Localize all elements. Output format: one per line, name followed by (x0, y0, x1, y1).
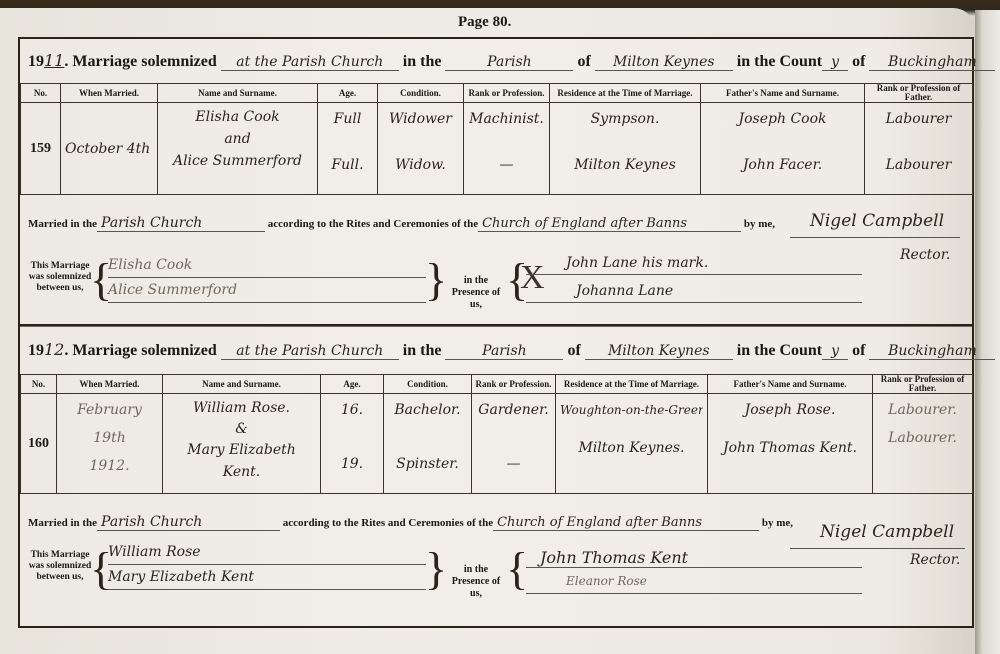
by-me-label: by me, (762, 517, 793, 529)
col-residence: Residence at the Time of Marriage. (550, 84, 701, 103)
next-page-edge (975, 10, 1000, 654)
officiant-signature: Nigel Campbell (810, 211, 944, 231)
rites: Church of England after Banns (493, 515, 759, 531)
ages-cell: Full Full. (318, 103, 378, 195)
brace-right: } (425, 257, 447, 303)
col-no: No. (21, 375, 57, 394)
in-the-label: in the (403, 342, 442, 359)
bride-condition: Widow. (382, 151, 459, 179)
col-condition: Condition. (378, 84, 464, 103)
groom-signature: William Rose (108, 544, 201, 560)
officiant-line (790, 237, 960, 238)
register-table: No. When Married. Name and Surname. Age.… (20, 83, 973, 195)
married-in-label: Married in the (28, 517, 97, 529)
table-row: 160 February 19th 1912. William Rose. & … (21, 394, 973, 494)
col-father-name: Father's Name and Surname. (701, 84, 865, 103)
bride-residence: Milton Keynes. (560, 434, 703, 462)
witness-2: Johanna Lane (576, 283, 673, 299)
col-father-name: Father's Name and Surname. (708, 375, 873, 394)
col-profession: Rank or Profession. (464, 84, 550, 103)
groom-residence: Woughton-on-the-Green (560, 396, 703, 424)
professions-cell: Gardener. — (472, 394, 556, 494)
of-label: of (852, 53, 865, 70)
bride-name: Mary Elizabeth (167, 438, 316, 462)
witness-1: John Thomas Kent (540, 548, 688, 567)
col-when-married: When Married. (61, 84, 158, 103)
solemnized-at: at the Parish Church (221, 343, 399, 360)
col-no: No. (21, 84, 61, 103)
date-line: October 4th (65, 141, 150, 157)
and-text: and (162, 129, 313, 149)
witness-2: Eleanor Rose (566, 574, 647, 588)
witness-line: Eleanor Rose (526, 574, 862, 594)
col-name: Name and Surname. (158, 84, 318, 103)
col-profession: Rank or Profession. (472, 375, 556, 394)
entry-number: 159 (21, 103, 61, 195)
bride-profession: — (468, 151, 545, 179)
and-text: & (167, 420, 316, 438)
bride-father: John Facer. (705, 151, 860, 179)
brace-witness: { (506, 546, 528, 592)
bride-father-profession: Labourer (869, 151, 968, 179)
by-me-label: by me, (744, 218, 775, 230)
year-prefix: 19 (28, 53, 44, 70)
groom-father-profession: Labourer. (877, 396, 968, 424)
table-header: No. When Married. Name and Surname. Age.… (21, 375, 973, 394)
groom-name: William Rose. (167, 396, 316, 420)
according-label: according to the Rites and Ceremonies of… (268, 218, 478, 230)
officiant-title: Rector. (910, 552, 960, 568)
witness-line: John Thomas Kent (526, 548, 862, 568)
solemnized-between-label: This Marriage was solemnized between us, (28, 261, 92, 294)
bride-father: John Thomas Kent. (712, 434, 868, 462)
col-father-profession: Rank or Profession of Father. (865, 84, 973, 103)
solemnized-between-label: This Marriage was solemnized between us, (28, 550, 92, 583)
marriage-entry-159: 1911. Marriage solemnized at the Parish … (18, 37, 974, 327)
conditions-cell: Bachelor. Spinster. (384, 394, 472, 494)
signature-line: William Rose (108, 544, 426, 565)
county-label: in the Count (737, 342, 822, 359)
witness-line: John Lane his mark. (526, 255, 862, 275)
bride-signature: Mary Elizabeth Kent (108, 569, 254, 585)
county-suffix: y (822, 343, 848, 360)
entry-number: 160 (21, 394, 57, 494)
page-number: Page 80. (458, 14, 511, 31)
county-suffix: y (822, 54, 848, 71)
signature-line: Elisha Cook (108, 257, 426, 278)
father-professions-cell: Labourer Labourer (865, 103, 973, 195)
bride-name: Alice Summerford (162, 149, 313, 173)
married-in-place: Parish Church (97, 215, 265, 232)
signature-line: Alice Summerford (108, 282, 426, 303)
married-in-line: Married in theParish Church according to… (28, 215, 775, 232)
bride-surname: Kent. (167, 462, 316, 482)
names-cell: Elisha Cook and Alice Summerford (158, 103, 318, 195)
table-row: 159 October 4th Elisha Cook and Alice Su… (21, 103, 973, 195)
county: Buckingham (869, 54, 995, 71)
bride-condition: Spinster. (388, 450, 467, 478)
officiant-signature: Nigel Campbell (820, 522, 954, 542)
fathers-cell: Joseph Cook John Facer. (701, 103, 865, 195)
groom-father-profession: Labourer (869, 105, 968, 133)
county: Buckingham (869, 343, 995, 360)
district: Parish (445, 54, 573, 71)
presence-label: in the Presence of us, (446, 275, 506, 311)
year-prefix: 19 (28, 342, 44, 359)
date-month: February (61, 396, 158, 424)
witness-1: John Lane his mark. (566, 255, 708, 271)
register-table: No. When Married. Name and Surname. Age.… (20, 374, 973, 494)
groom-condition: Widower (382, 105, 459, 133)
groom-name: Elisha Cook (162, 105, 313, 129)
groom-profession: Gardener. (476, 396, 551, 424)
of-label: of (852, 342, 865, 359)
groom-age: 16. (325, 396, 379, 424)
col-father-profession: Rank or Profession of Father. (873, 375, 973, 394)
married-in-line: Married in theParish Church according to… (28, 514, 793, 531)
when-married: October 4th (61, 103, 158, 195)
rites: Church of England after Banns (478, 216, 741, 232)
according-label: according to the Rites and Ceremonies of… (283, 517, 493, 529)
col-name: Name and Surname. (163, 375, 321, 394)
groom-father: Joseph Cook (705, 105, 860, 133)
solemnized-at: at the Parish Church (221, 54, 399, 71)
date-year: 1912. (61, 452, 158, 480)
groom-condition: Bachelor. (388, 396, 467, 424)
bride-age: 19. (325, 450, 379, 478)
entry-title-line: 1912. Marriage solemnized at the Parish … (28, 340, 964, 360)
groom-age: Full (322, 105, 373, 133)
place: Milton Keynes (595, 54, 733, 71)
groom-profession: Machinist. (468, 105, 545, 133)
officiant-title: Rector. (900, 247, 950, 263)
ages-cell: 16. 19. (321, 394, 384, 494)
of-label: of (577, 53, 590, 70)
married-in-place: Parish Church (97, 514, 280, 531)
bride-age: Full. (322, 151, 373, 179)
bride-residence: Milton Keynes (554, 151, 696, 179)
marriage-entry-160: 1912. Marriage solemnized at the Parish … (18, 324, 974, 628)
entry-title-line: 1911. Marriage solemnized at the Parish … (28, 51, 964, 71)
father-professions-cell: Labourer. Labourer. (873, 394, 973, 494)
residences-cell: Woughton-on-the-Green Milton Keynes. (556, 394, 708, 494)
table-header: No. When Married. Name and Surname. Age.… (21, 84, 973, 103)
groom-residence: Sympson. (554, 105, 696, 133)
year-value: 11 (44, 51, 64, 70)
groom-signature: Elisha Cook (108, 257, 192, 273)
solemnized-label: . Marriage solemnized (64, 53, 216, 70)
col-residence: Residence at the Time of Marriage. (556, 375, 708, 394)
professions-cell: Machinist. — (464, 103, 550, 195)
bride-profession: — (476, 450, 551, 478)
fathers-cell: Joseph Rose. John Thomas Kent. (708, 394, 873, 494)
residences-cell: Sympson. Milton Keynes (550, 103, 701, 195)
col-age: Age. (321, 375, 384, 394)
district: Parish (445, 343, 563, 360)
when-married: February 19th 1912. (57, 394, 163, 494)
col-condition: Condition. (384, 375, 472, 394)
names-cell: William Rose. & Mary Elizabeth Kent. (163, 394, 321, 494)
brace-right: } (425, 546, 447, 592)
place: Milton Keynes (585, 343, 733, 360)
witness-line: Johanna Lane (526, 283, 862, 303)
col-when-married: When Married. (57, 375, 163, 394)
in-the-label: in the (403, 53, 442, 70)
of-label: of (567, 342, 580, 359)
married-in-label: Married in the (28, 218, 97, 230)
signature-line: Mary Elizabeth Kent (108, 569, 426, 590)
col-age: Age. (318, 84, 378, 103)
county-label: in the Count (737, 53, 822, 70)
bride-signature: Alice Summerford (108, 282, 237, 298)
conditions-cell: Widower Widow. (378, 103, 464, 195)
year-value: 12 (44, 340, 64, 359)
bride-father-profession: Labourer. (877, 424, 968, 452)
groom-father: Joseph Rose. (712, 396, 868, 424)
solemnized-label: . Marriage solemnized (64, 342, 216, 359)
date-day: 19th (61, 424, 158, 452)
presence-label: in the Presence of us, (446, 564, 506, 600)
